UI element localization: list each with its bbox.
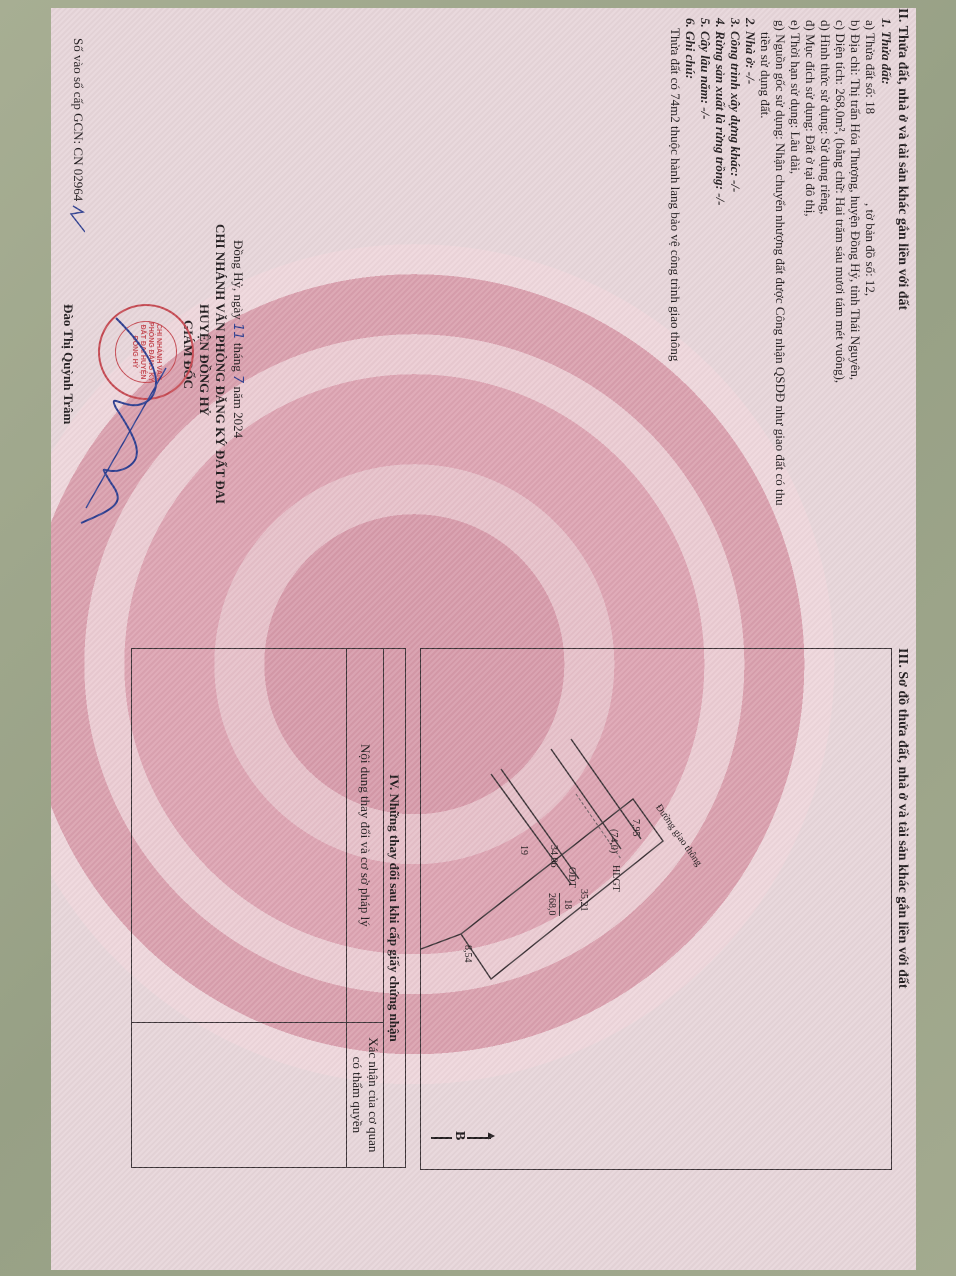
changes-content-cell — [132, 649, 347, 1023]
use-term: e) Thời hạn sử dụng: Lâu dài, — [788, 20, 803, 174]
forest-item: 4. Rừng sản xuất là rừng trồng: -/- — [713, 18, 728, 206]
use-purpose: đ) Mục đích sử dụng: Đất ở tại đô thị, — [803, 20, 818, 217]
edge-side-top-length: 35,21 — [576, 889, 591, 912]
north-arrow-label: B — [452, 1131, 467, 1140]
construction-item: 3. Công trình xây dựng khác: -/- — [728, 18, 743, 192]
place-date: Đồng Hỷ, ngày 11 tháng 7 năm 2024 — [230, 240, 246, 438]
corridor-area: (74,0) — [606, 829, 621, 853]
parcel-heading: 1. Thửa đất: — [879, 18, 894, 85]
notes-text: Thửa đất có 74m2 thuộc hành lang bảo vệ … — [668, 28, 683, 361]
registry-initials — [69, 204, 85, 234]
parcel-label: 18 268,0 — [544, 893, 575, 916]
arrow-head-icon: ▲ — [484, 1130, 499, 1142]
handwritten-signature — [76, 308, 186, 528]
neighbor-parcel: 19 — [516, 845, 531, 855]
section2-title: II. Thửa đất, nhà ở và tài sản khác gắn … — [895, 8, 910, 310]
issuing-org: CHI NHÁNH VĂN PHÒNG ĐĂNG KÝ ĐẤT ĐAI — [213, 224, 228, 504]
parcel-diagram — [421, 649, 891, 1169]
edge-back-length: 8,54 — [460, 945, 475, 963]
certificate-paper: II. Thửa đất, nhà ở và tài sản khác gắn … — [51, 8, 916, 1270]
edge-front-length: 7,95 — [628, 819, 643, 837]
left-page: II. Thửa đất, nhà ở và tài sản khác gắn … — [51, 8, 916, 638]
corridor-code: HLGT — [608, 865, 623, 892]
changes-table-header: IV. Những thay đổi sau khi cấp giấy chứn… — [384, 649, 406, 1168]
use-form: d) Hình thức sử dụng: Sử dụng riêng, — [818, 20, 833, 214]
handwritten-month: 7 — [230, 375, 245, 383]
changes-confirm-cell — [132, 1022, 347, 1167]
map-sheet-number: , tờ bản đồ số: 12, — [863, 203, 878, 296]
col-confirm-header: Xác nhận của cơ quan có thẩm quyền — [347, 1022, 384, 1167]
parcel-area: c) Diện tích: 268,0m², (bằng chữ: Hai tr… — [833, 20, 848, 383]
perennial-item: 5. Cây lâu năm: -/- — [698, 18, 713, 119]
use-origin: g) Nguồn gốc sử dụng: Nhận chuyển nhượng… — [773, 20, 788, 506]
notes-heading: 6. Ghi chú: — [683, 18, 698, 79]
signer-name: Đào Thị Quỳnh Trâm — [61, 304, 76, 424]
use-origin-cont: tiền sử dụng đất. — [758, 32, 773, 118]
edge-side-bottom-length: 34,06 — [546, 845, 561, 868]
registry-number: Số vào sổ cấp GCN: CN 02964 — [69, 38, 86, 234]
section3-title: III. Sơ đồ thửa đất, nhà ở và tài sản kh… — [895, 648, 910, 989]
col-content-header: Nội dung thay đổi và cơ sở pháp lý — [347, 649, 384, 1023]
parcel-number: a) Thửa đất số: 18 — [863, 20, 878, 114]
issuing-org-district: HUYỆN ĐỒNG HỶ — [197, 304, 212, 416]
changes-table: IV. Những thay đổi sau khi cấp giấy chứn… — [131, 648, 406, 1168]
certificate-sheet: II. Thửa đất, nhà ở và tài sản khác gắn … — [0, 0, 956, 1276]
land-code: ODT — [564, 867, 579, 888]
right-page: III. Sơ đồ thửa đất, nhà ở và tài sản kh… — [51, 648, 916, 1268]
handwritten-day: 11 — [230, 323, 245, 340]
parcel-diagram-frame: Đường giao thông 7,95 (74,0) HLGT 35,21 … — [420, 648, 892, 1170]
parcel-address: b) Địa chỉ: Thị trấn Hóa Thượng, huyện Đ… — [848, 20, 863, 380]
house-item: 2. Nhà ở: -/- — [743, 18, 758, 84]
